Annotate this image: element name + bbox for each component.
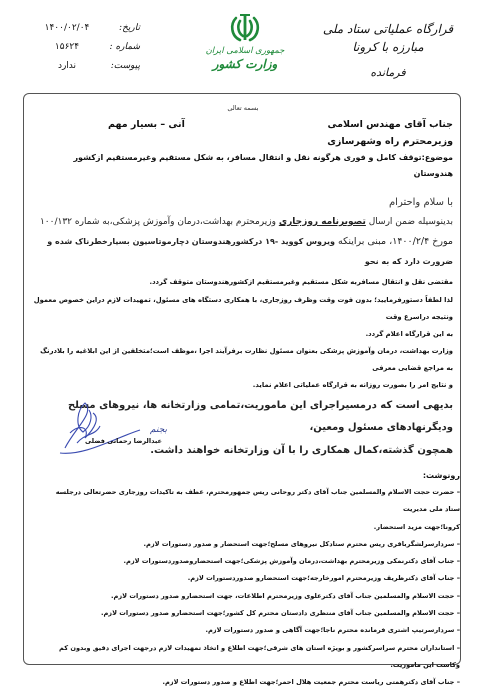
paragraph-request: لذا لطفاً دستورفرمایید؛ بدون فوت وقت وظر… [33, 292, 453, 326]
paragraph-oversight: وزارت بهداشت، درمان وآموزش پزشکی بعنوان … [33, 343, 453, 377]
priority-label: آنی – بسیار مهم [108, 116, 185, 133]
signatory-name: عبدالرضا رحمانی فضلی [85, 437, 162, 445]
paragraph-oversight-cont: و نتایج امر را بصورت روزانه به قرارگاه ع… [33, 377, 453, 394]
organization-header: قرارگاه عملیاتی ستاد ملی مبارزه با کرونا… [308, 20, 468, 79]
paragraph-date: مورخ ۱۴۰۰/۲/۴، مبنی براینکه ویروس کووید … [33, 232, 453, 272]
recipient-row: جناب آقای مهندس اسلامی آنی – بسیار مهم [33, 116, 453, 133]
greeting: با سلام واحترام [33, 194, 453, 212]
cc-item: – سردارسرلشگرباقری ریس محترم ستادکل نیرو… [50, 536, 460, 553]
cc-item: – سردارسرتیپ اشتری فرمانده محترم ناجا؛جه… [50, 622, 460, 639]
letter-meta: تاریخ: ۱۴۰۰/۰۲/۰۴ شماره : ۱۵۶۲۴ پیوست: ن… [30, 18, 140, 75]
meta-number: شماره : ۱۵۶۲۴ [30, 37, 140, 56]
meta-attachment: پیوست: ندارد [30, 56, 140, 75]
signature-scribble [55, 398, 235, 458]
cc-item: – استانداران محترم سراسرکشور و بویژه است… [50, 640, 460, 675]
ministry-logo: جمهوری اسلامی ایران وزارت کشور [205, 12, 285, 71]
ministry-label: وزارت کشور [205, 57, 285, 71]
cc-item: کرونا؛جهت مزید استحضار. [50, 519, 460, 536]
underlined-reference: تصویرنامه روزجاری [279, 217, 366, 227]
paragraph-halt: مقتضی نقل و انتقال مسافربه شکل مستقیم وغ… [33, 272, 453, 292]
paragraph-intro: بدینوسیله ضمن ارسال تصویرنامه روزجاری وز… [33, 212, 453, 232]
cc-item: – حجت الاسلام والمسلمین جناب آقای دکترعل… [50, 588, 460, 605]
carbon-copy-list: رونوشت: – حضرت حجت الاسلام والمسلمین جنا… [50, 468, 460, 692]
cc-item: – حضرت حجت الاسلام والمسلمین جناب آقای د… [50, 484, 460, 519]
recipient-title: وزیرمحترم راه وشهرسازی [33, 133, 453, 150]
bismillah: بسمه تعالی [33, 104, 453, 116]
republic-label: جمهوری اسلامی ایران [205, 46, 285, 57]
cc-item: – جناب آقای دکترنمکی وزیرمحترم بهداشت،در… [50, 553, 460, 570]
meta-date: تاریخ: ۱۴۰۰/۰۲/۰۴ [30, 18, 140, 37]
cc-item: – جناب آقای دکترظریف وزیرمحترم امورخارجه… [50, 570, 460, 587]
organization-name: قرارگاه عملیاتی ستاد ملی مبارزه با کرونا [308, 20, 468, 56]
stamp-mark: بجنم [150, 425, 167, 435]
iran-emblem-icon [228, 12, 262, 44]
cc-item: – حجت الاسلام والمسلمین جناب آقای منتظری… [50, 605, 460, 622]
sender-role: فرمانده [308, 66, 468, 79]
cc-title: رونوشت: [50, 468, 460, 484]
paragraph-request-cont: به این قرارگاه اعلام گردد. [33, 326, 453, 343]
recipient-name: جناب آقای مهندس اسلامی [328, 116, 453, 133]
cc-item: – جناب آقای دکترهمتی ریاست محترم جمعیت ه… [50, 674, 460, 691]
subject-line: موضوع:توقف کامل و فوری هرگونه نقل و انتق… [33, 150, 453, 182]
